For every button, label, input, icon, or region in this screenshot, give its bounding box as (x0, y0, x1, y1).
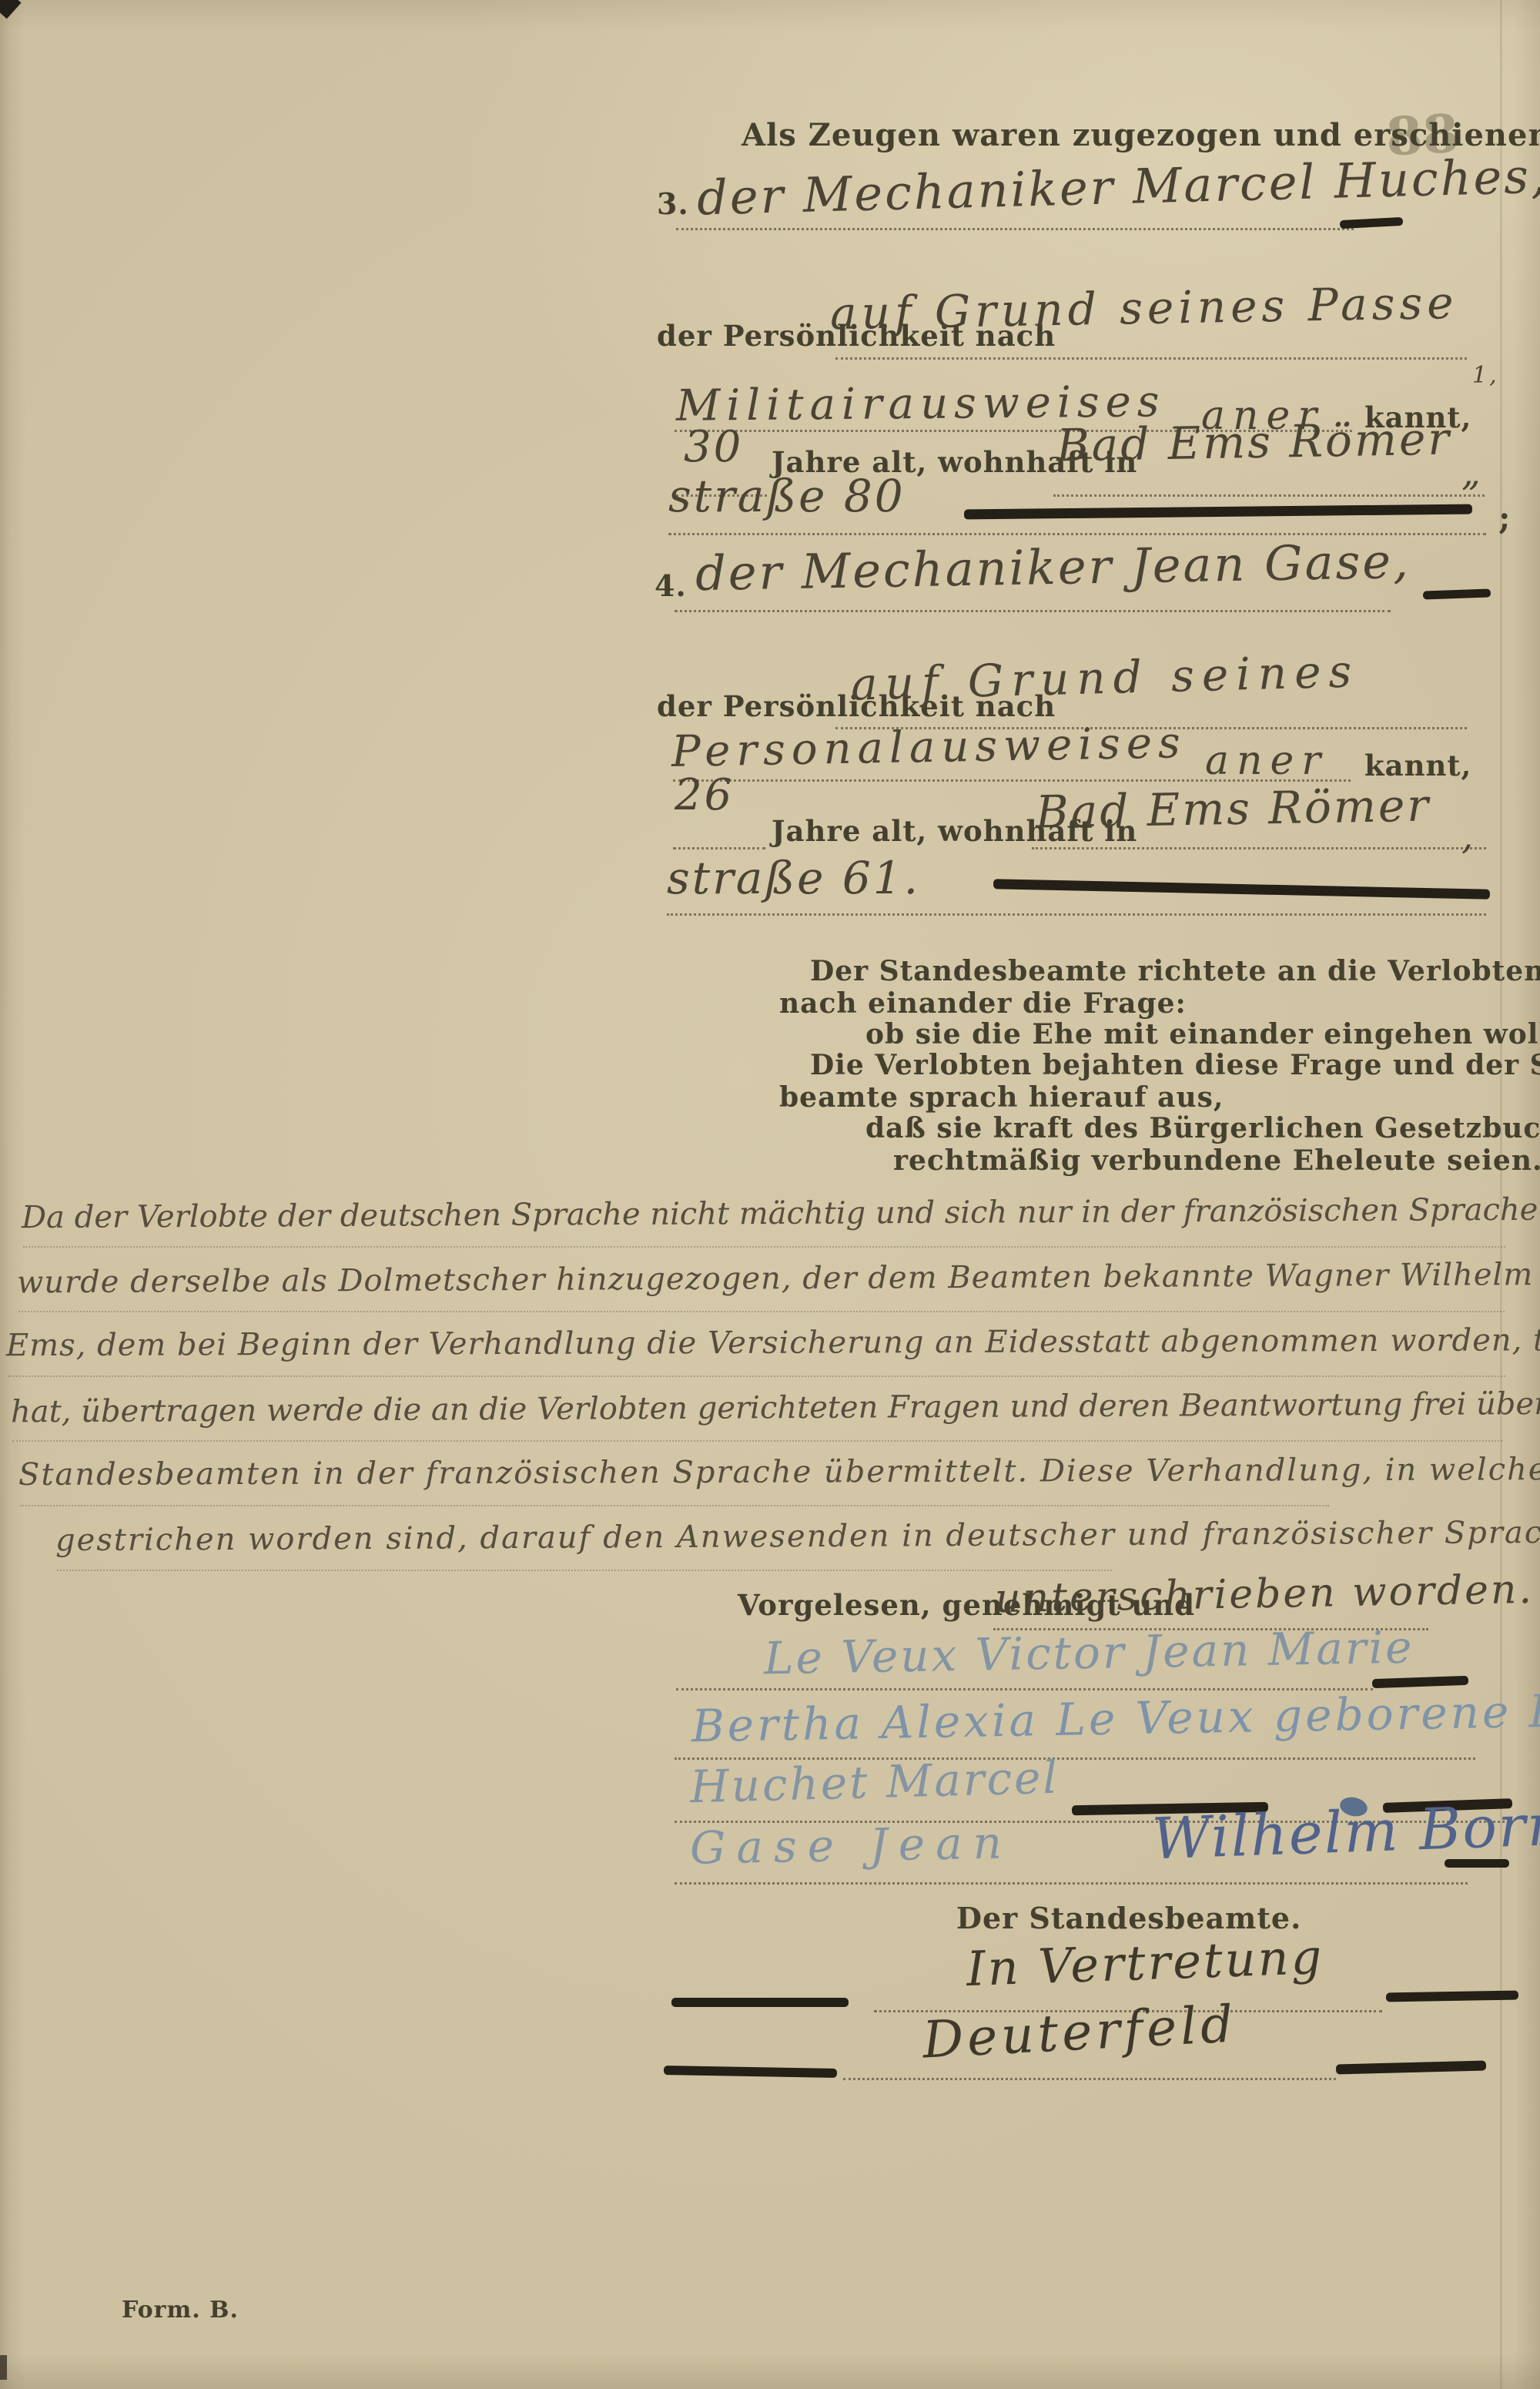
dotted-line (12, 1440, 1502, 1442)
dotted-line (1053, 494, 1485, 497)
footnote-mark: 1, (1472, 362, 1499, 389)
witness4-id-line2-handwritten: Personalausweises (671, 718, 1187, 777)
kannt-label-2: kannt, (1364, 749, 1471, 782)
interpreter-para-line4: hat, übertragen werde die an die Verlobt… (11, 1385, 1540, 1430)
dotted-line (8, 1375, 1505, 1377)
dotted-line (843, 2078, 1336, 2080)
dotted-line (675, 610, 1391, 612)
dotted-line (18, 1311, 1505, 1312)
dotted-line (676, 228, 1354, 230)
ink-stroke (1336, 2060, 1486, 2074)
witness3-residence2-handwritten: straße 80 (668, 470, 906, 522)
ink-stroke (1423, 588, 1491, 599)
edge-ink-mark (0, 2355, 7, 2380)
ditto-mark: „ (1461, 451, 1483, 494)
flourish-mark: , (1461, 815, 1475, 858)
dotted-line (57, 1570, 1112, 1571)
dotted-line (835, 357, 1467, 360)
witness3-age-handwritten: 30 (684, 422, 743, 472)
interpreter-para-line3: Ems, dem bei Beginn der Verhandlung die … (6, 1322, 1540, 1364)
interpreter-para-line5: Standesbeamten in der französischen Spra… (18, 1451, 1540, 1493)
dotted-line (20, 1505, 1329, 1506)
semicolon-mark: ; (1498, 499, 1512, 537)
unterschrieben-handwritten: unterschrieben worden. (995, 1566, 1535, 1622)
dotted-line (23, 1246, 1505, 1248)
witness4-name-handwritten: der Mechaniker Jean Gase, (695, 533, 1411, 601)
question-para-line3: ob sie die Ehe mit einander eingehen wol… (865, 1018, 1540, 1050)
in-vertretung-handwritten: In Vertretung (966, 1928, 1325, 1997)
witness4-aner-handwritten: aner (1205, 738, 1328, 784)
signature-gase-jean: Gase Jean (689, 1816, 1013, 1874)
interpreter-para-line2: wurde derselbe als Dolmetscher hinzugezo… (17, 1255, 1540, 1301)
signature-official-deuterfeld: Deuterfeld (921, 1994, 1238, 2069)
ink-stroke (964, 504, 1472, 520)
ink-stroke (664, 2066, 837, 2078)
witness3-residence1-handwritten: Bad Ems Römer (1056, 413, 1451, 472)
dotted-line (673, 847, 765, 849)
witness-intro-heading: Als Zeugen waren zugezogen und erschiene… (742, 117, 1540, 153)
dotted-line (1032, 847, 1486, 849)
question-para-line7: rechtmäßig verbundene Eheleute seien. (893, 1144, 1540, 1177)
ink-stroke (671, 1998, 849, 2007)
signature-huchet-marcel: Huchet Marcel (689, 1751, 1060, 1814)
question-para-line2: nach einander die Frage: (779, 987, 1187, 1020)
witness3-item-number: 3. (657, 186, 689, 221)
interpreter-para-line1: Da der Verlobte der deutschen Sprache ni… (22, 1191, 1540, 1235)
question-para-line1: Der Standesbeamte richtete an die Verlob… (810, 955, 1540, 987)
witness4-age-handwritten: 26 (675, 770, 734, 820)
witness3-id-line1-handwritten: auf Grund seines Passe (829, 276, 1458, 340)
witness4-item-number: 4. (654, 568, 687, 603)
ink-stroke (993, 879, 1490, 900)
question-para-line4: Die Verlobten bejahten diese Frage und d… (810, 1049, 1540, 1081)
ink-stroke (1445, 1859, 1509, 1868)
interpreter-para-line6: gestrichen worden sind, darauf den Anwes… (55, 1515, 1540, 1558)
question-para-line5: beamte sprach hierauf aus, (779, 1081, 1224, 1114)
dotted-line (667, 913, 1486, 916)
dotted-line (673, 779, 1351, 782)
signature-le-veux-victor: Le Veux Victor Jean Marie (763, 1621, 1414, 1685)
corner-ink-mark (0, 0, 22, 18)
ink-stroke (1340, 217, 1403, 229)
form-label: Form. B. (122, 2297, 239, 2324)
witness4-residence1-handwritten: Bad Ems Römer (1035, 779, 1431, 839)
question-para-line6: daß sie kraft des Bürgerlichen Gesetzbuc… (865, 1112, 1540, 1144)
dotted-line (675, 1882, 1468, 1885)
ink-stroke (1386, 1991, 1518, 2002)
witness4-id-line1-handwritten: auf Grund seines (850, 645, 1360, 710)
witness4-residence2-handwritten: straße 61. (667, 852, 920, 904)
scanned-registry-page: 88 Als Zeugen waren zugezogen und erschi… (0, 0, 1540, 2389)
witness3-name-handwritten: der Mechaniker Marcel Huches, (696, 148, 1540, 226)
signature-bertha-le-veux: Bertha Alexia Le Veux geborene Kaspe (691, 1683, 1540, 1752)
